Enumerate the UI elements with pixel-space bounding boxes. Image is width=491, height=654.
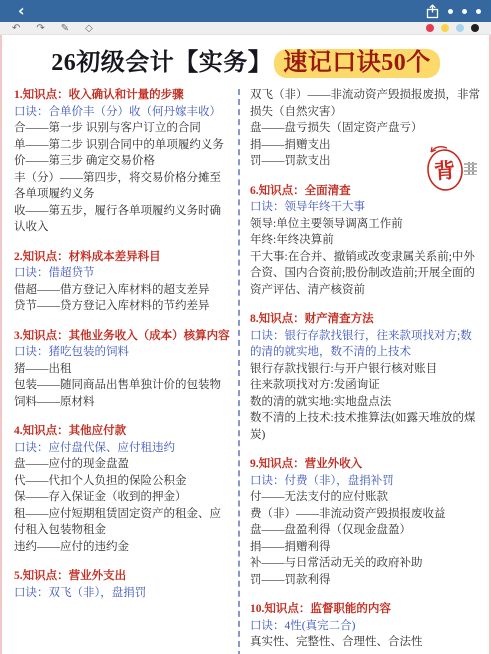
section-heading: 3.知识点：其他业务收入（成本）核算内容: [14, 328, 232, 345]
section-line: 租——应付短期租赁固定资产的租金、应付租入包装物租金: [14, 506, 232, 539]
section-line: 年终:年终决算前: [250, 232, 481, 249]
page-title-highlight: 速记口诀50个: [274, 49, 440, 78]
section-line: 借超——借方登记入库材料的超支差异: [14, 282, 232, 299]
section-line: 单——第二步 识别合同中的单项履约义务: [14, 137, 232, 154]
section-mnemonic: 口诀：付费（非），盘捐补罚: [250, 473, 481, 490]
section-mnemonic: 口诀：4性(真完二合): [250, 618, 481, 635]
section-line: 往来款项找对方:发函询证: [250, 377, 481, 394]
section-line: 猪——出租: [14, 361, 232, 378]
scroll-handle[interactable]: [464, 161, 477, 176]
section-line: 价——第三步 确定交易价格: [14, 153, 232, 170]
section-heading: 8.知识点：财产清查方法: [250, 311, 481, 328]
knowledge-section: 6.知识点：全面清查口诀：领导年终干大事领导:单位主要领导调离工作前年终:年终决…: [250, 183, 481, 299]
section-line: 饲料——原材料: [14, 394, 232, 411]
section-line: 代——代扣个人负担的保险公积金: [14, 473, 232, 490]
knowledge-section: 8.知识点：财产清查方法口诀：银行存款找银行，往来款项找对方;数的清的就实地，数…: [250, 311, 481, 443]
section-mnemonic: 口诀：双飞（非），盘捐罚: [14, 585, 232, 602]
section-line: 贷节——贷方登记入库材料的节约差异: [14, 298, 232, 315]
section-line: 保——存入保证金（收到的押金）: [14, 489, 232, 506]
knowledge-section: 1.知识点：收入确认和计量的步骤口诀：合单价丰（分）收（何丹嫁丰收）合——第一步…: [14, 87, 232, 236]
section-line: 数不清的上技术:技术推算法(如露天堆放的煤炭): [250, 410, 481, 443]
menu-dot-icon[interactable]: [448, 9, 453, 14]
section-line: 付——无法支付的应付账款: [250, 489, 481, 506]
eraser-icon[interactable]: ◇: [85, 23, 93, 34]
section-line: 费（非）——非流动资产毁损报废收益: [250, 506, 481, 523]
palette-color-dot[interactable]: [441, 24, 449, 32]
pen-icon[interactable]: ✎: [61, 23, 69, 34]
section-heading: 6.知识点：全面清查: [250, 183, 481, 200]
section-line: 捐——捐赠利得: [250, 539, 481, 556]
section-line: 捐——捐赠支出: [250, 137, 481, 154]
edit-tools: ↶ ↷ ✎ ◇: [12, 23, 93, 34]
palette-color-dot[interactable]: [426, 24, 434, 32]
drawing-toolstrip: ↶ ↷ ✎ ◇: [0, 22, 491, 35]
share-icon[interactable]: [426, 4, 439, 19]
section-line: 补——与日常活动无关的政府补助: [250, 555, 481, 572]
section-line: 干大事:在合并、撤销或改变隶属关系前;中外合资、国内合资前;股份制改造前;开展全…: [250, 249, 481, 299]
section-line: 丰（分）——第四步，将交易价格分摊至各单项履约义务: [14, 170, 232, 203]
section-mnemonic: 口诀：应付盘代保、应付租违约: [14, 440, 232, 457]
section-line: 收——第五步，履行各单项履约义务时确认收入: [14, 203, 232, 236]
palette-color-dot[interactable]: [456, 24, 464, 32]
knowledge-section: 4.知识点：其他应付款口诀：应付盘代保、应付租违约盘——应付的现金盘盈代——代扣…: [14, 423, 232, 555]
top-navigation-bar: ‹: [0, 0, 491, 22]
color-palette: [426, 24, 479, 32]
section-line: 盘——应付的现金盘盈: [14, 456, 232, 473]
section-line: 罚——罚款支出: [250, 153, 481, 170]
section-mnemonic: 口诀：猪吃包装的饲料: [14, 344, 232, 361]
section-heading: 2.知识点：材料成本差异科目: [14, 249, 232, 266]
section-line: 真实性、完整性、合理性、合法性: [250, 634, 481, 651]
section-line: 数的清的就实地:实地盘点法: [250, 394, 481, 411]
section-mnemonic: 口诀：合单价丰（分）收（何丹嫁丰收）: [14, 104, 232, 121]
knowledge-section: 9.知识点：营业外收入口诀：付费（非），盘捐补罚付——无法支付的应付账款费（非）…: [250, 456, 481, 588]
knowledge-section: 10.知识点：监督职能的内容口诀：4性(真完二合)真实性、完整性、合理性、合法性: [250, 601, 481, 651]
back-button[interactable]: ‹: [18, 1, 25, 21]
palette-color-dot[interactable]: [471, 24, 479, 32]
right-column: 双飞（非）——非流动资产毁损报废损，非常损失（自然灾害）盘——盘亏损失（固定资产…: [240, 87, 481, 654]
section-line: 盘——盘盈利得（仅现金盘盈）: [250, 522, 481, 539]
section-heading: 10.知识点：监督职能的内容: [250, 601, 481, 618]
topbar-right-icons: [426, 4, 481, 19]
note-content: 1.知识点：收入确认和计量的步骤口诀：合单价丰（分）收（何丹嫁丰收）合——第一步…: [0, 81, 491, 654]
section-mnemonic: 口诀：借超贷节: [14, 265, 232, 282]
section-heading: 1.知识点：收入确认和计量的步骤: [14, 87, 232, 104]
section-mnemonic: 口诀：领导年终干大事: [250, 199, 481, 216]
knowledge-section: 2.知识点：材料成本差异科目口诀：借超贷节借超——借方登记入库材料的超支差异贷节…: [14, 249, 232, 315]
section-line: 双飞（非）——非流动资产毁损报废损，非常损失（自然灾害）: [250, 87, 481, 120]
knowledge-section: 双飞（非）——非流动资产毁损报废损，非常损失（自然灾害）盘——盘亏损失（固定资产…: [250, 87, 481, 170]
page-title: 26初级会计【实务】速记口诀50个: [0, 42, 491, 77]
section-heading: 5.知识点：营业外支出: [14, 568, 232, 585]
section-heading: 4.知识点：其他应付款: [14, 423, 232, 440]
section-line: 领导:单位主要领导调离工作前: [250, 216, 481, 233]
section-line: 罚——罚款利得: [250, 572, 481, 589]
knowledge-section: 3.知识点：其他业务收入（成本）核算内容口诀：猪吃包装的饲料猪——出租包装——随…: [14, 328, 232, 411]
knowledge-section: 5.知识点：营业外支出口诀：双飞（非），盘捐罚: [14, 568, 232, 601]
section-heading: 9.知识点：营业外收入: [250, 456, 481, 473]
page-title-main: 26初级会计【实务】: [51, 50, 272, 76]
section-mnemonic: 口诀：银行存款找银行，往来款项找对方;数的清的就实地，数不清的上技术: [250, 328, 481, 361]
section-line: 违约——应付的违约金: [14, 539, 232, 556]
menu-dot-icon[interactable]: [462, 9, 467, 14]
section-line: 盘——盘亏损失（固定资产盘亏）: [250, 120, 481, 137]
redo-icon[interactable]: ↷: [36, 23, 44, 34]
scroll-handle-ticks: [464, 163, 477, 177]
section-line: 包装——随同商品出售单独计价的包装物: [14, 377, 232, 394]
section-line: 银行存款找银行:与开户银行核对账目: [250, 361, 481, 378]
menu-dot-icon[interactable]: [476, 9, 481, 14]
section-line: 合——第一步 识别与客户订立的合同: [14, 120, 232, 137]
undo-icon[interactable]: ↶: [12, 23, 20, 34]
left-column: 1.知识点：收入确认和计量的步骤口诀：合单价丰（分）收（何丹嫁丰收）合——第一步…: [14, 87, 236, 654]
